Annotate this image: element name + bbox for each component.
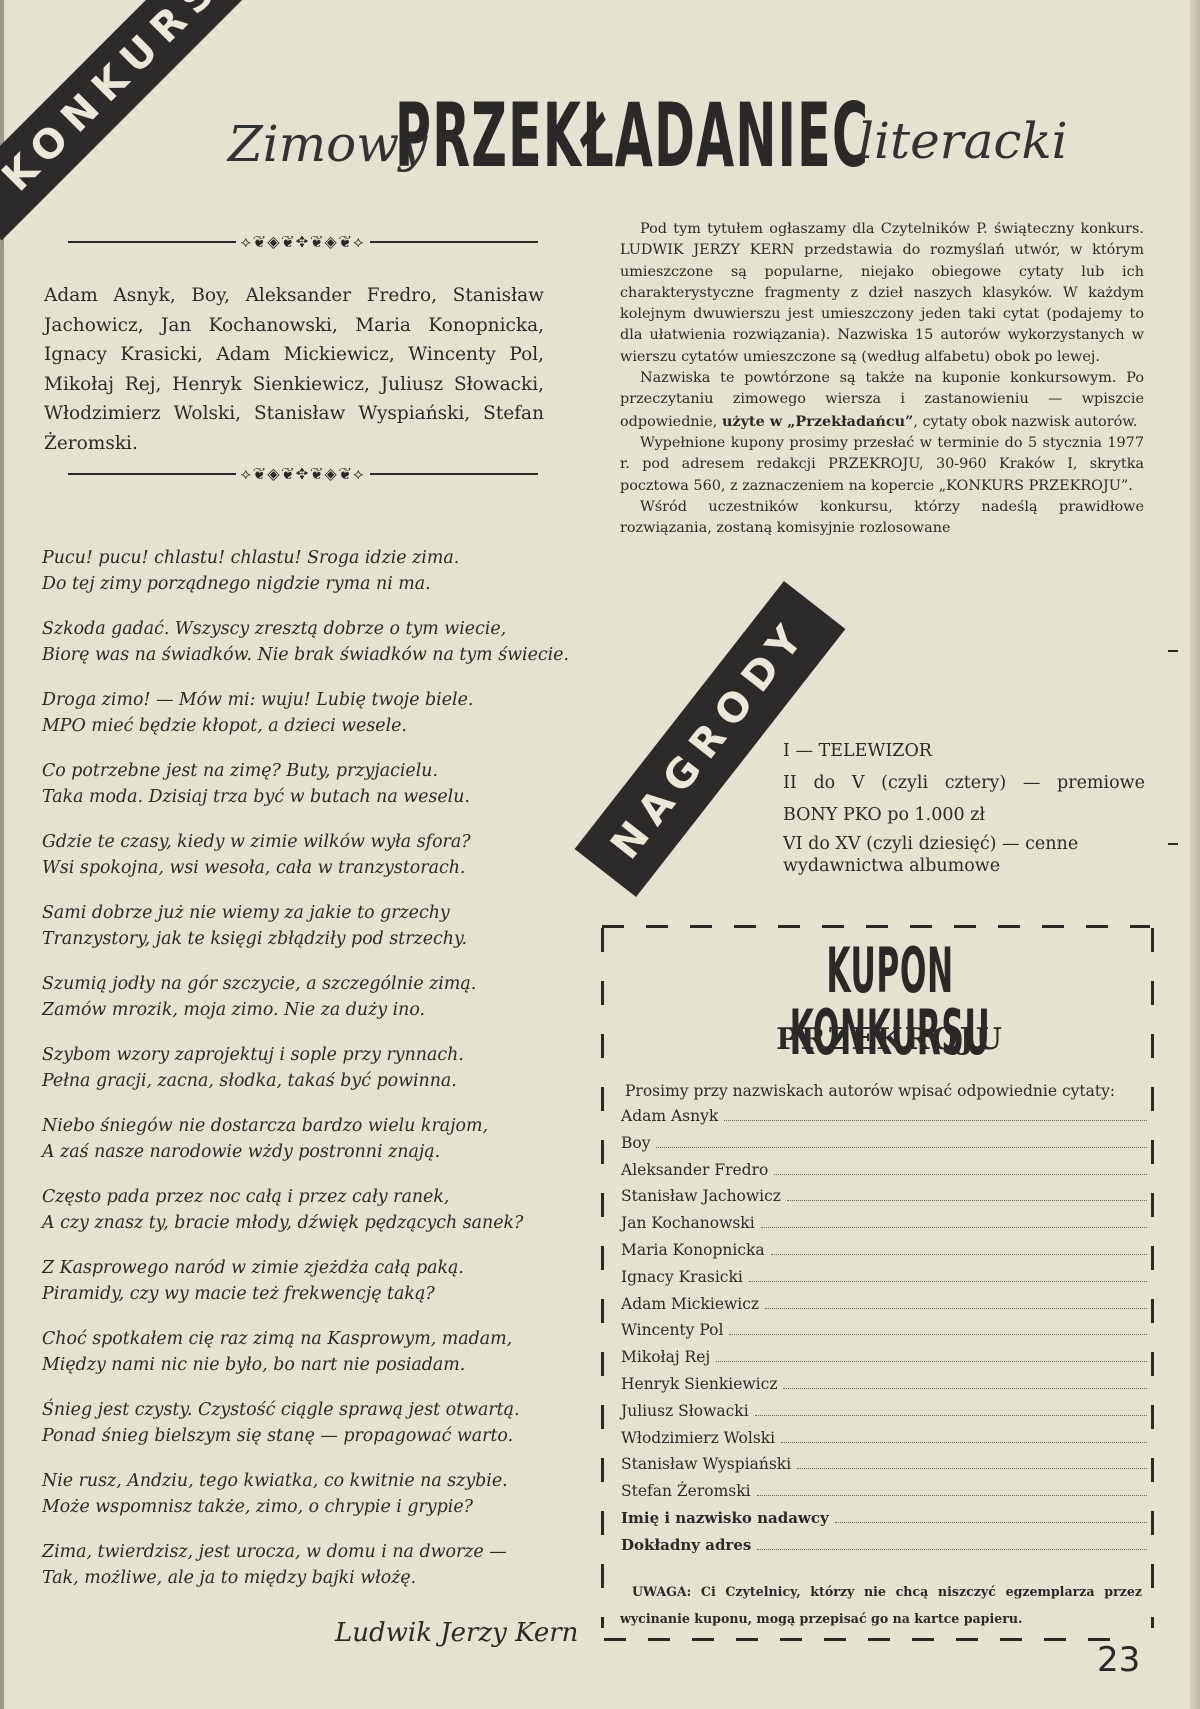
answer-line[interactable] [729, 1322, 1147, 1335]
ornament-glyphs: ⟡❦◈❦✥❦◈❦⟡ [236, 232, 369, 252]
poem-line: Szybom wzory zaprojektuj i sople przy ry… [42, 1042, 642, 1068]
ornamental-divider: ⟡❦◈❦✥❦◈❦⟡ [68, 466, 538, 482]
poem-stanza: Szybom wzory zaprojektuj i sople przy ry… [42, 1042, 642, 1094]
poem-line: Wsi spokojna, wsi wesoła, cała w tranzys… [42, 855, 642, 881]
answer-line[interactable] [724, 1108, 1147, 1121]
coupon-author-field[interactable]: Henryk Sienkiewicz [621, 1375, 1147, 1402]
intro-paragraph: Pod tym tytułem ogłaszamy dla Czytelnikó… [620, 219, 1144, 368]
answer-line[interactable] [765, 1296, 1147, 1309]
poem-line: Choć spotkałem cię raz zimą na Kasprowym… [42, 1326, 642, 1352]
field-label: Aleksander Fredro [621, 1161, 774, 1179]
sender-name-field[interactable]: Imię i nazwisko nadawcy [621, 1509, 1147, 1536]
poem-line: Tranzystory, jak te księgi zbłądziły pod… [42, 926, 642, 952]
answer-line[interactable] [771, 1242, 1147, 1255]
margin-mark [1168, 843, 1178, 845]
coupon-author-field[interactable]: Jan Kochanowski [621, 1214, 1147, 1241]
coupon-cut-line-bottom [604, 1638, 1124, 1641]
poem-line: Piramidy, czy wy macie też frekwencję ta… [42, 1281, 642, 1307]
page-left-edge [0, 0, 4, 1709]
poem-stanza: Droga zimo! — Mów mi: wuju! Lubię twoje … [42, 687, 642, 739]
coupon-subtitle: PRZEKROJU [600, 1022, 1180, 1057]
field-label: Henryk Sienkiewicz [621, 1375, 783, 1393]
field-label: Mikołaj Rej [621, 1348, 716, 1366]
coupon-author-field[interactable]: Stefan Żeromski [621, 1482, 1147, 1509]
poem-line: Pucu! pucu! chlastu! chlastu! Sroga idzi… [42, 545, 642, 571]
answer-line[interactable] [783, 1376, 1147, 1389]
poem-stanza: Sami dobrze już nie wiemy za jakie to gr… [42, 900, 642, 952]
poem-line: Szkoda gadać. Wszyscy zresztą dobrze o t… [42, 616, 642, 642]
intro-paragraph: Nazwiska te powtórzone są także na kupon… [620, 368, 1144, 433]
poem-stanza: Szumią jodły na gór szczycie, a szczegól… [42, 971, 642, 1023]
answer-line[interactable] [797, 1456, 1147, 1469]
coupon-author-field[interactable]: Aleksander Fredro [621, 1161, 1147, 1188]
intro-paragraph: Wśród uczestników konkursu, którzy nadeś… [620, 497, 1144, 540]
title-suffix: literacki [858, 112, 1068, 170]
poem-stanza: Niebo śniegów nie dostarcza bardzo wielu… [42, 1113, 642, 1165]
prize-item: BONY PKO po 1.000 zł [783, 801, 1145, 829]
ornamental-divider: ⟡❦◈❦✥❦◈❦⟡ [68, 234, 538, 250]
poem-line: Może wspomnisz także, zimo, o chrypie i … [42, 1494, 642, 1520]
field-label: Adam Mickiewicz [621, 1295, 765, 1313]
authors-list: Adam Asnyk, Boy, Aleksander Fredro, Stan… [44, 281, 544, 458]
page-right-edge [1190, 0, 1200, 1709]
field-label: Ignacy Krasicki [621, 1268, 749, 1286]
coupon-author-field[interactable]: Włodzimierz Wolski [621, 1429, 1147, 1456]
poem-stanza: Z Kasprowego naród w zimie zjeżdża całą … [42, 1255, 642, 1307]
poem-line: Droga zimo! — Mów mi: wuju! Lubię twoje … [42, 687, 642, 713]
coupon-fields: Adam AsnykBoyAleksander FredroStanisław … [621, 1107, 1147, 1563]
answer-line[interactable] [781, 1430, 1147, 1443]
poem-line: A czy znasz ty, bracie młody, dźwięk pęd… [42, 1210, 642, 1236]
answer-line[interactable] [761, 1215, 1147, 1228]
poem-line: Taka moda. Dzisiaj trza być w butach na … [42, 784, 642, 810]
coupon-author-field[interactable]: Boy [621, 1134, 1147, 1161]
prize-item: I — TELEWIZOR [783, 737, 1145, 765]
answer-line[interactable] [716, 1349, 1147, 1362]
page-number: 23 [1097, 1640, 1140, 1680]
coupon-note: UWAGA: Ci Czytelnicy, którzy nie chcą ni… [620, 1578, 1142, 1632]
intro-emphasis: użyte w „Przekładańcu” [722, 413, 913, 430]
field-label: Stefan Żeromski [621, 1482, 757, 1500]
poem-stanza: Nie rusz, Andziu, tego kwiatka, co kwitn… [42, 1468, 642, 1520]
poem-line: Sami dobrze już nie wiemy za jakie to gr… [42, 900, 642, 926]
poem-stanza: Szkoda gadać. Wszyscy zresztą dobrze o t… [42, 616, 642, 668]
poem-line: Pełna gracji, zacna, słodka, takaś być p… [42, 1068, 642, 1094]
poem-line: Nie rusz, Andziu, tego kwiatka, co kwitn… [42, 1468, 642, 1494]
field-label: Juliusz Słowacki [621, 1402, 755, 1420]
field-label: Jan Kochanowski [621, 1214, 761, 1232]
coupon-author-field[interactable]: Stanisław Wyspiański [621, 1455, 1147, 1482]
poem-stanza: Co potrzebne jest na zimę? Buty, przyjac… [42, 758, 642, 810]
answer-line[interactable] [757, 1537, 1147, 1550]
author-signature: Ludwik Jerzy Kern [335, 1618, 578, 1648]
poem-line: MPO mieć będzie kłopot, a dzieci wesele. [42, 713, 642, 739]
coupon-author-field[interactable]: Juliusz Słowacki [621, 1402, 1147, 1429]
field-label: Imię i nazwisko nadawcy [621, 1509, 835, 1527]
answer-line[interactable] [755, 1403, 1147, 1416]
answer-line[interactable] [774, 1162, 1147, 1175]
poem-line: Śnieg jest czysty. Czystość ciągle spraw… [42, 1397, 642, 1423]
answer-line[interactable] [787, 1188, 1147, 1201]
coupon-author-field[interactable]: Ignacy Krasicki [621, 1268, 1147, 1295]
poem-stanza: Zima, twierdzisz, jest urocza, w domu i … [42, 1539, 642, 1591]
coupon-cut-line-top [602, 925, 1150, 928]
field-label: Maria Konopnicka [621, 1241, 771, 1259]
answer-line[interactable] [757, 1483, 1147, 1496]
prize-item: VI do XV (czyli dziesięć) — cenne wydawn… [783, 833, 1145, 877]
poem-line: Szumią jodły na gór szczycie, a szczegól… [42, 971, 642, 997]
poem-stanza: Często pada przez noc całą i przez cały … [42, 1184, 642, 1236]
ornament-glyphs: ⟡❦◈❦✥❦◈❦⟡ [236, 464, 369, 484]
coupon-instruction: Prosimy przy nazwiskach autorów wpisać o… [625, 1082, 1145, 1100]
poem-stanza: Śnieg jest czysty. Czystość ciągle spraw… [42, 1397, 642, 1449]
poem-line: Między nami nic nie było, bo nart nie po… [42, 1352, 642, 1378]
poem-line: Ponad śnieg bielszym się stanę — propago… [42, 1423, 642, 1449]
poem-line: Biorę was na świadków. Nie brak świadków… [42, 642, 642, 668]
prize-item: II do V (czyli cztery) — premiowe [783, 769, 1145, 797]
field-label: Wincenty Pol [621, 1321, 729, 1339]
coupon-author-field[interactable]: Mikołaj Rej [621, 1348, 1147, 1375]
answer-line[interactable] [749, 1269, 1147, 1282]
prizes-list: I — TELEWIZOR II do V (czyli cztery) — p… [783, 737, 1145, 881]
address-field[interactable]: Dokładny adres [621, 1536, 1147, 1563]
answer-line[interactable] [656, 1135, 1147, 1148]
poem-line: Często pada przez noc całą i przez cały … [42, 1184, 642, 1210]
coupon-author-field[interactable]: Maria Konopnicka [621, 1241, 1147, 1268]
field-label: Adam Asnyk [621, 1107, 724, 1125]
poem-line: Zima, twierdzisz, jest urocza, w domu i … [42, 1539, 642, 1565]
poem-line: Do tej zimy porządnego nigdzie ryma ni m… [42, 571, 642, 597]
coupon-author-field[interactable]: Adam Mickiewicz [621, 1295, 1147, 1322]
margin-mark [1168, 650, 1178, 652]
field-label: Dokładny adres [621, 1536, 757, 1554]
coupon-author-field[interactable]: Wincenty Pol [621, 1321, 1147, 1348]
intro-paragraph: Wypełnione kupony prosimy przesłać w ter… [620, 433, 1144, 497]
poem-line: A zaś nasze narodowie wżdy postronni zna… [42, 1139, 642, 1165]
poem-line: Z Kasprowego naród w zimie zjeżdża całą … [42, 1255, 642, 1281]
coupon-author-field[interactable]: Stanisław Jachowicz [621, 1187, 1147, 1214]
field-label: Stanisław Wyspiański [621, 1455, 797, 1473]
answer-line[interactable] [835, 1510, 1147, 1523]
poem-line: Zamów mrozik, moja zimo. Nie za duży ino… [42, 997, 642, 1023]
intro-text: Pod tym tytułem ogłaszamy dla Czytelnikó… [620, 219, 1144, 539]
poem-line: Niebo śniegów nie dostarcza bardzo wielu… [42, 1113, 642, 1139]
poem-line: Co potrzebne jest na zimę? Buty, przyjac… [42, 758, 642, 784]
poem-stanza: Gdzie te czasy, kiedy w zimie wilków wył… [42, 829, 642, 881]
field-label: Stanisław Jachowicz [621, 1187, 787, 1205]
poem-line: Gdzie te czasy, kiedy w zimie wilków wył… [42, 829, 642, 855]
poem: Pucu! pucu! chlastu! chlastu! Sroga idzi… [42, 545, 642, 1610]
poem-stanza: Pucu! pucu! chlastu! chlastu! Sroga idzi… [42, 545, 642, 597]
field-label: Boy [621, 1134, 656, 1152]
poem-stanza: Choć spotkałem cię raz zimą na Kasprowym… [42, 1326, 642, 1378]
page-title: PRZEKŁADANIEC [395, 92, 869, 180]
coupon-author-field[interactable]: Adam Asnyk [621, 1107, 1147, 1134]
field-label: Włodzimierz Wolski [621, 1429, 781, 1447]
poem-line: Tak, możliwe, ale ja to między bajki wło… [42, 1565, 642, 1591]
